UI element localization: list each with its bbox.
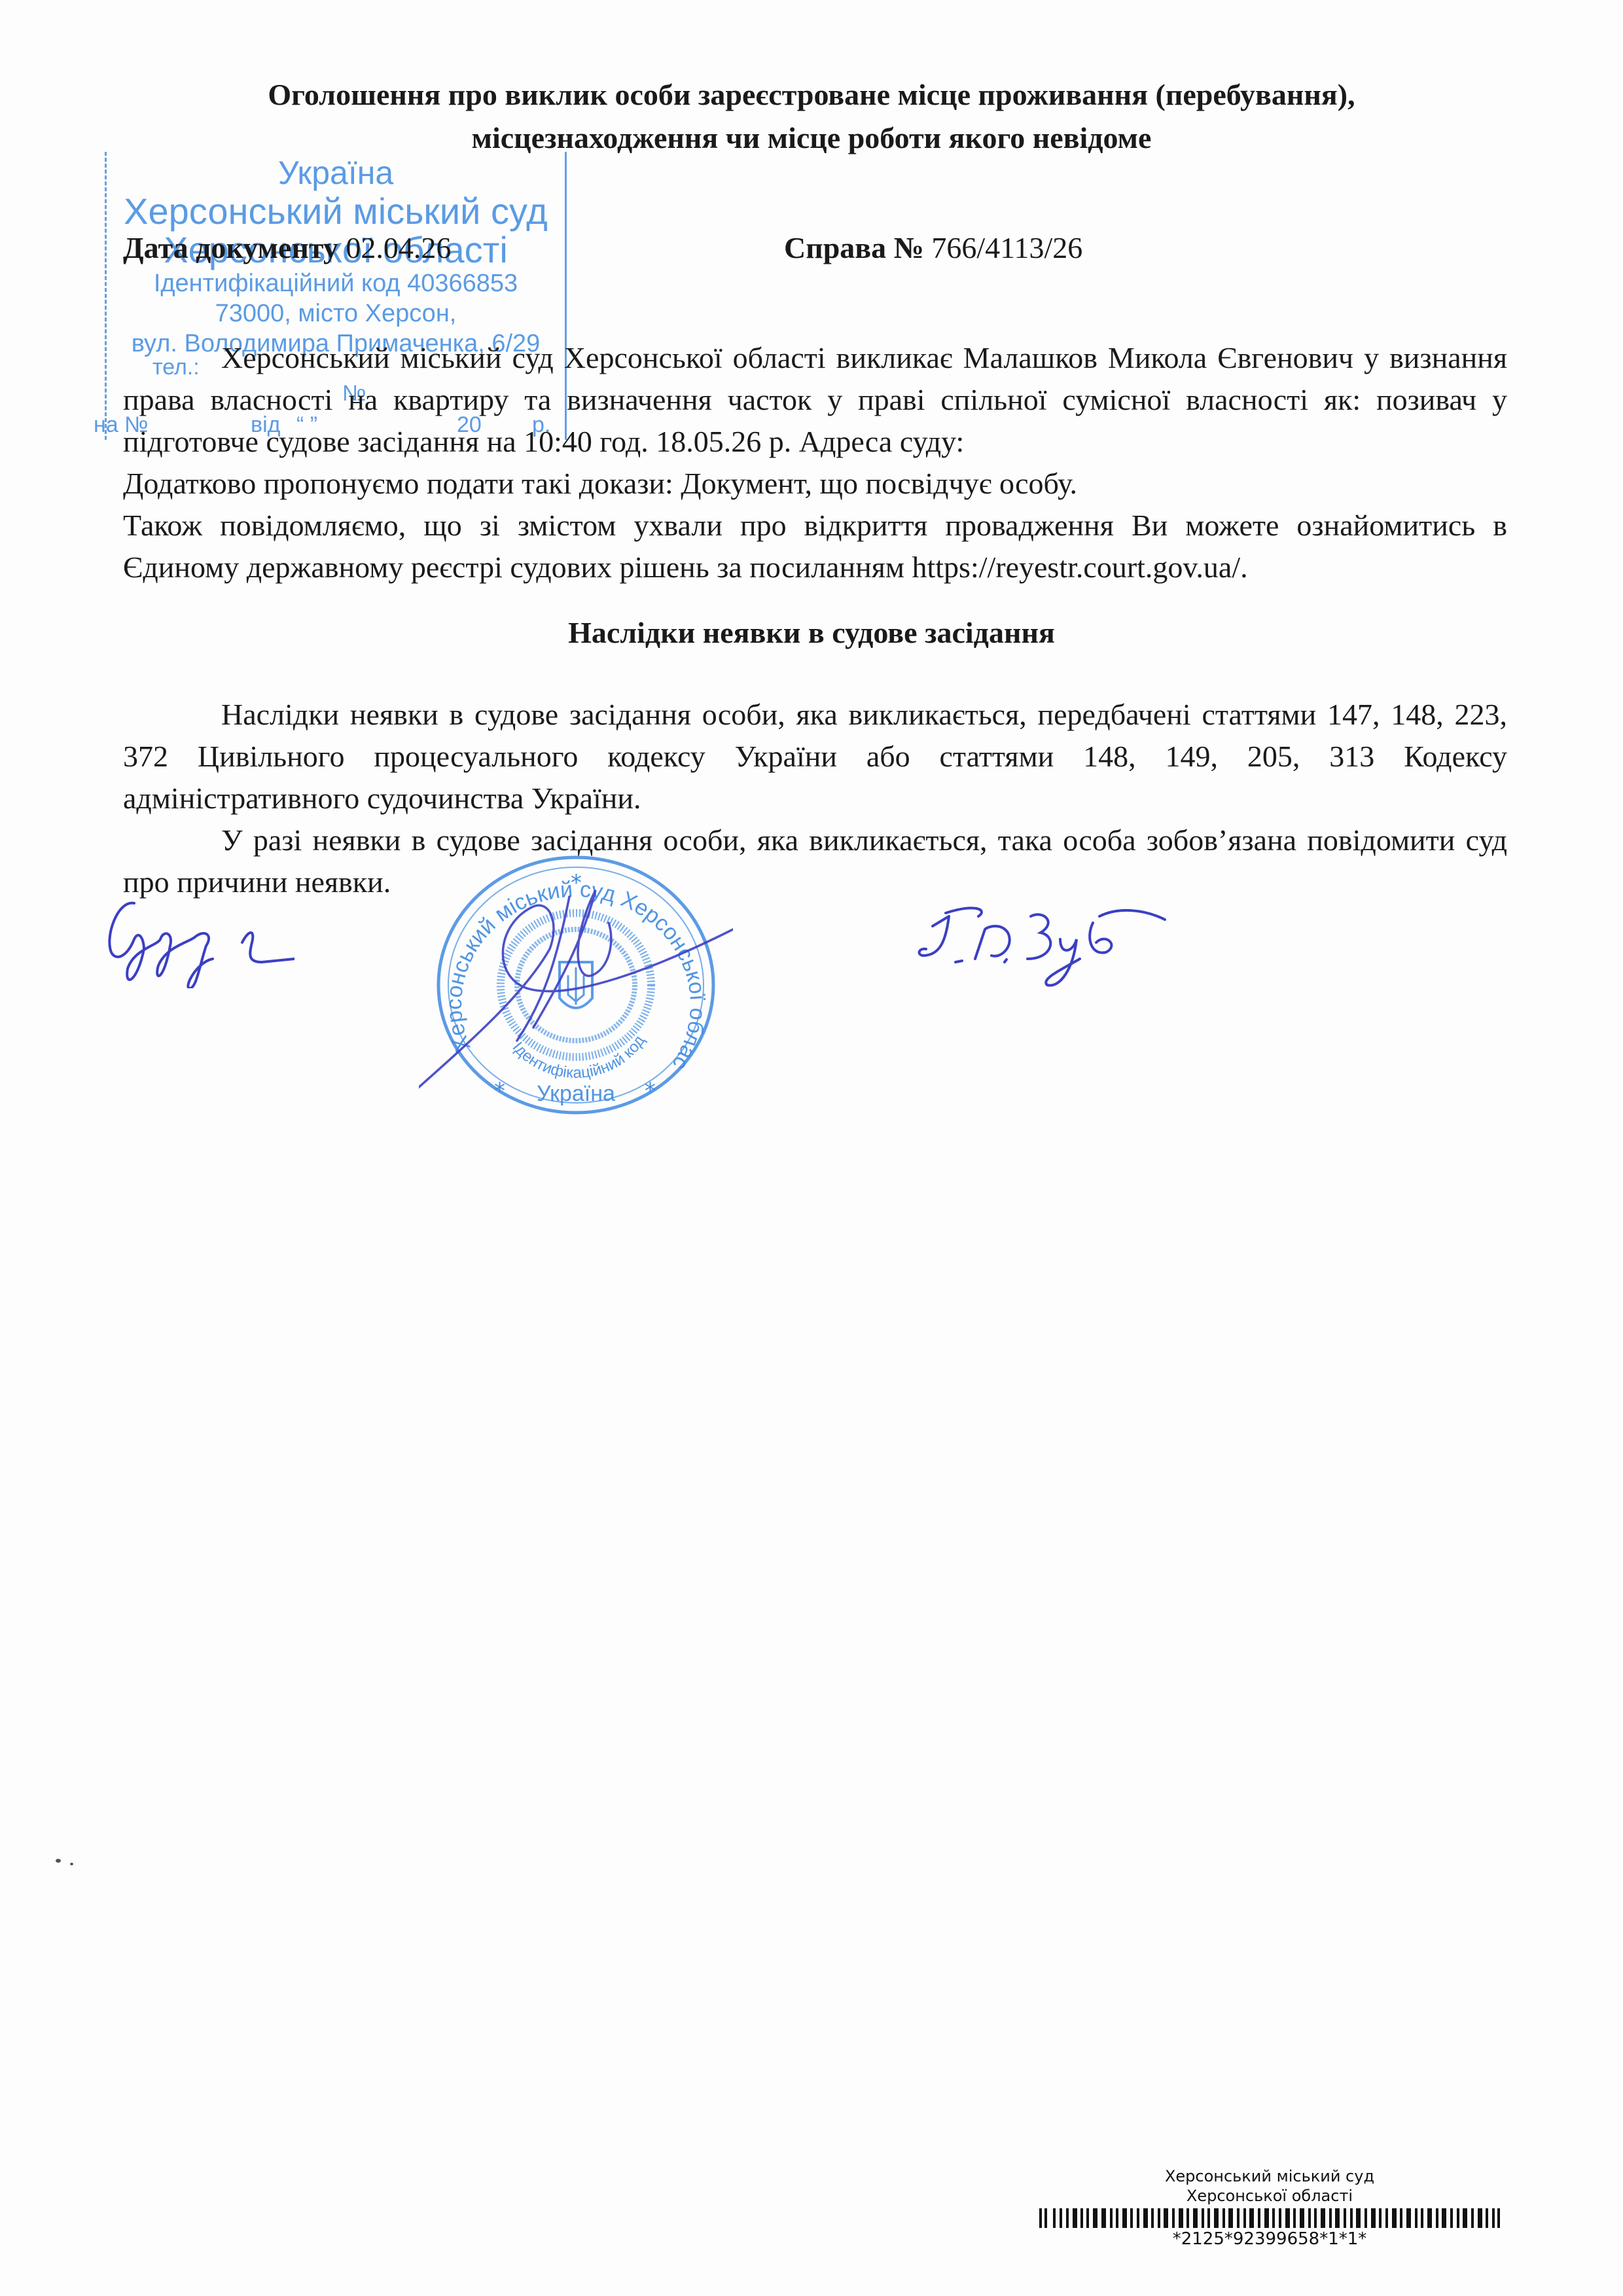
signature-judge-name [910,897,1185,988]
stamp-id-code: Ідентифікаційний код 40366853 [107,268,565,298]
scan-speck [70,1863,73,1865]
notification-paragraph: У разі неявки в судове засідання особи, … [123,819,1507,903]
footer-court-region: Херсонської області [1001,2186,1538,2206]
case-number: Справа № 766/4113/26 [784,230,1082,265]
barcode [1001,2208,1538,2228]
case-label: Справа № [784,231,924,264]
footer-court-name: Херсонський міський суд [1001,2166,1538,2186]
stamp-country: Україна [107,154,565,191]
document-date: Дата документу 02.04.26 [123,230,451,265]
consequences-paragraph: Наслідки неявки в судове засідання особи… [123,694,1507,819]
svg-text:*: * [645,1078,656,1104]
footer-court-block: Херсонський міський суд Херсонської обла… [1001,2166,1538,2249]
evidence-paragraph: Додатково пропонуємо подати такі докази:… [123,463,1507,505]
document-page: Україна Херсонський міський суд Херсонсь… [0,0,1623,2296]
summons-body: Херсонський міський суд Херсонської обла… [123,337,1507,588]
barcode-number: *2125*92399658*1*1* [1001,2229,1538,2249]
signature-judge-label [98,890,294,988]
stamp-court-name: Херсонський міський суд [107,191,565,232]
document-title-line-2: місцезнаходження чи місце роботи якого н… [131,117,1492,160]
svg-text:*: * [494,1078,505,1104]
stamp-city: 73000, місто Херсон, [107,298,565,329]
court-round-stamp: Херсонський міський суд Херсонської обла… [419,844,733,1119]
scan-speck [56,1859,61,1863]
date-value: 02.04.26 [338,231,452,264]
date-label: Дата документу [123,231,338,264]
summons-paragraph: Херсонський міський суд Херсонської обла… [123,337,1507,463]
document-title-line-1: Оголошення про виклик особи зареєстрован… [131,73,1492,117]
round-stamp-bottom-text: Україна [537,1081,615,1106]
section-heading: Наслідки неявки в судове засідання [0,615,1623,650]
case-value: 766/4113/26 [924,231,1082,264]
registry-paragraph: Також повідомляємо, що зі змістом ухвали… [123,505,1507,588]
consequences-body: Наслідки неявки в судове засідання особи… [123,694,1507,903]
svg-text:*: * [571,870,582,896]
